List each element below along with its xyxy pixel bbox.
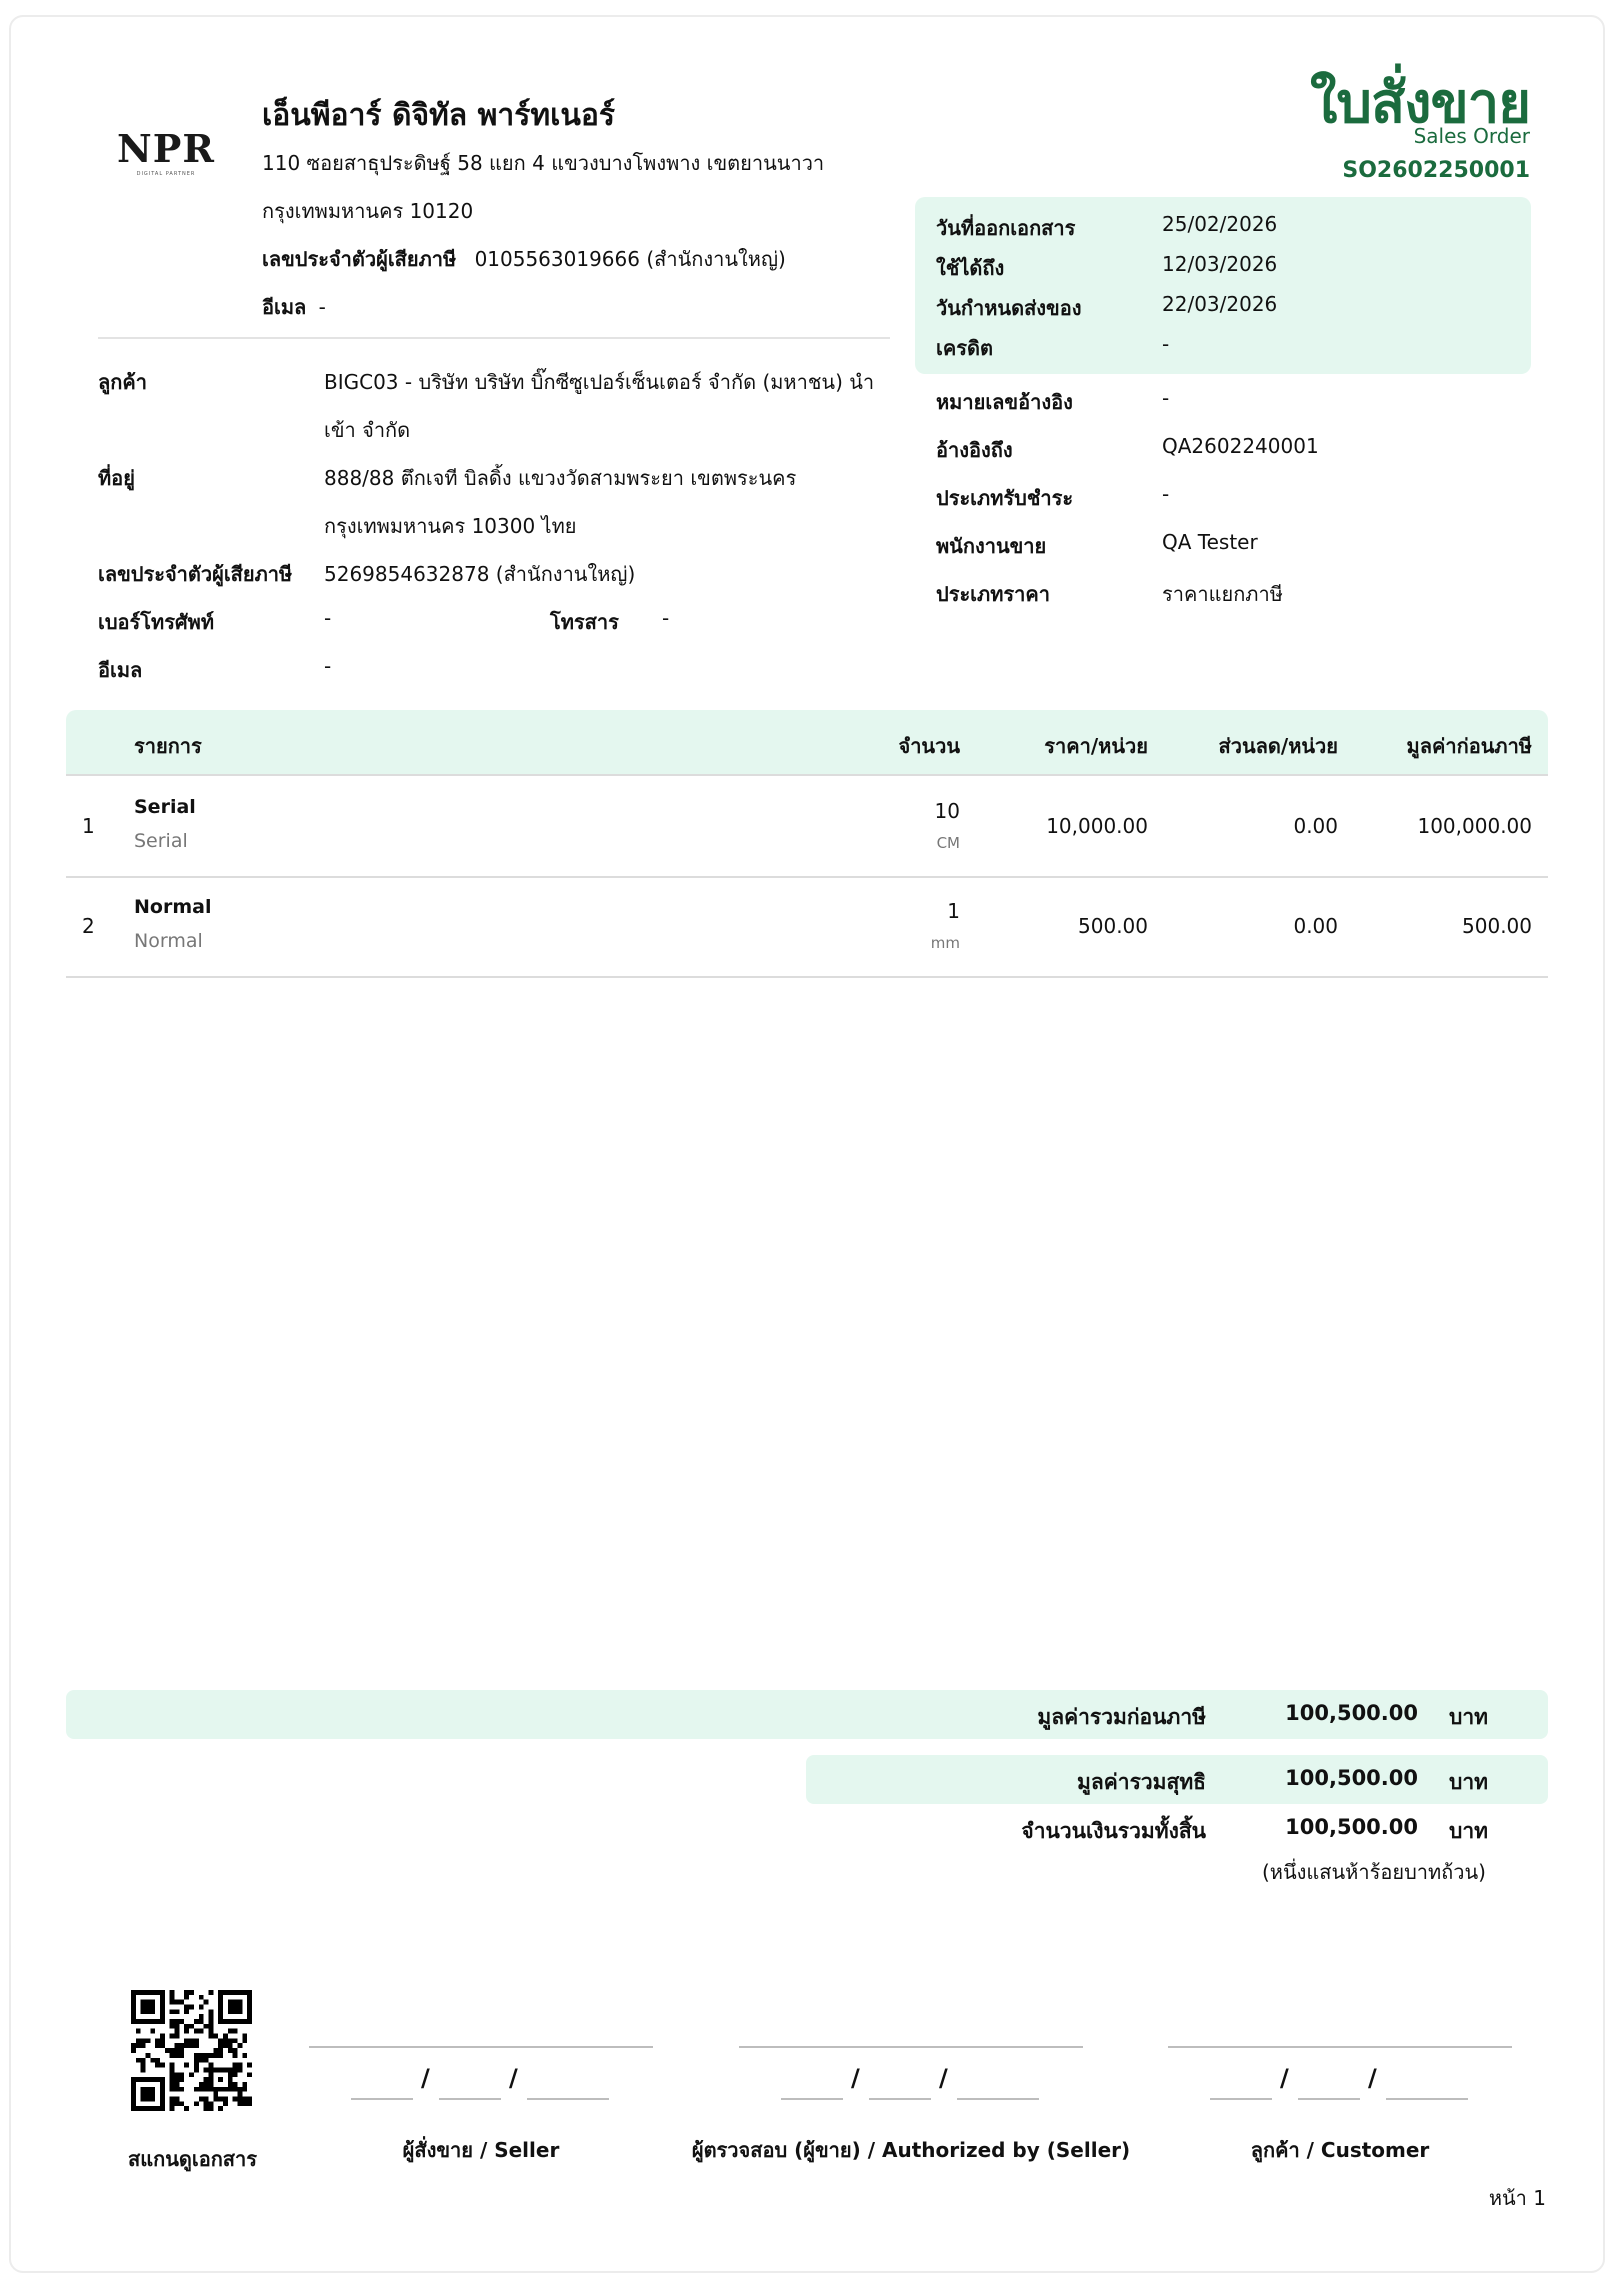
logo-mark: NPR bbox=[104, 130, 228, 168]
items-table-header: รายการ จำนวน ราคา/หน่วย ส่วนลด/หน่วย มูล… bbox=[66, 710, 1548, 776]
date-month-line[interactable] bbox=[1298, 2098, 1360, 2100]
table-row: 1 Serial Serial 10 CM 10,000.00 0.00 100… bbox=[66, 778, 1548, 878]
item-name: Normal bbox=[134, 896, 211, 918]
subtotal-currency: บาท bbox=[1449, 1701, 1488, 1734]
item-discount: 0.00 bbox=[1293, 814, 1338, 838]
item-name: Serial bbox=[134, 796, 196, 818]
date-day-line[interactable] bbox=[781, 2098, 843, 2100]
item-unit: mm bbox=[931, 934, 960, 952]
date-separator: / bbox=[851, 2064, 860, 2092]
customer-address-label: ที่อยู่ bbox=[98, 462, 135, 494]
item-description: Serial bbox=[134, 830, 188, 852]
customer-email-value: - bbox=[324, 654, 331, 678]
meta-label: พนักงานขาย bbox=[936, 530, 1046, 562]
subtotal-label: มูลค่ารวมก่อนภาษี bbox=[1037, 1701, 1206, 1734]
meta-label: เครดิต bbox=[936, 332, 993, 364]
date-month-line[interactable] bbox=[439, 2098, 501, 2100]
grand-total-label: จำนวนเงินรวมทั้งสิ้น bbox=[1021, 1815, 1206, 1848]
net-total-currency: บาท bbox=[1449, 1766, 1488, 1799]
item-amount: 100,000.00 bbox=[1417, 814, 1532, 838]
row-number: 2 bbox=[82, 914, 95, 938]
date-separator: / bbox=[1368, 2064, 1377, 2092]
item-qty: 10 bbox=[935, 799, 960, 823]
customer-fax-value: - bbox=[662, 606, 669, 630]
date-year-line[interactable] bbox=[957, 2098, 1039, 2100]
customer-address-line1: 888/88 ตึกเจที บิลดิ้ง แขวงวัดสามพระยา เ… bbox=[324, 462, 796, 494]
company-email-label: อีเมล bbox=[262, 295, 306, 319]
row-number: 1 bbox=[82, 814, 95, 838]
company-tax-id: เลขประจำตัวผู้เสียภาษี 0105563019666 (สำ… bbox=[262, 243, 786, 275]
meta-label: วันที่ออกเอกสาร bbox=[936, 212, 1075, 244]
signature-line[interactable] bbox=[1168, 2046, 1512, 2048]
logo-subtext: DIGITAL PARTNER bbox=[104, 171, 228, 177]
grand-total-currency: บาท bbox=[1449, 1815, 1488, 1848]
date-day-line[interactable] bbox=[1210, 2098, 1272, 2100]
item-unit: CM bbox=[937, 834, 960, 852]
meta-value: - bbox=[1162, 482, 1169, 506]
meta-value: - bbox=[1162, 386, 1169, 410]
company-name: เอ็นพีอาร์ ดิจิทัล พาร์ทเนอร์ bbox=[262, 92, 615, 139]
meta-value: QA Tester bbox=[1162, 530, 1258, 554]
date-day-line[interactable] bbox=[351, 2098, 413, 2100]
col-discount: ส่วนลด/หน่วย bbox=[1219, 730, 1338, 762]
company-address-line2: กรุงเทพมหานคร 10120 bbox=[262, 195, 473, 227]
company-email: อีเมล - bbox=[262, 291, 326, 323]
customer-address-line2: กรุงเทพมหานคร 10300 ไทย bbox=[324, 510, 577, 542]
company-logo: NPR DIGITAL PARTNER bbox=[104, 130, 228, 177]
customer-tax-id-label: เลขประจำตัวผู้เสียภาษี bbox=[98, 558, 292, 590]
meta-value: 12/03/2026 bbox=[1162, 252, 1277, 276]
customer-name-line1: BIGC03 - บริษัท บริษัท บิ๊กซีซูเปอร์เซ็น… bbox=[324, 366, 874, 398]
meta-value: - bbox=[1162, 332, 1169, 356]
meta-label: อ้างอิงถึง bbox=[936, 434, 1013, 466]
net-total-label: มูลค่ารวมสุทธิ bbox=[1077, 1766, 1206, 1799]
date-month-line[interactable] bbox=[869, 2098, 931, 2100]
company-email-value: - bbox=[319, 295, 326, 319]
meta-label: วันกำหนดส่งของ bbox=[936, 292, 1082, 324]
col-qty: จำนวน bbox=[898, 730, 960, 762]
meta-label: ประเภทรับชำระ bbox=[936, 482, 1073, 514]
meta-label: หมายเลขอ้างอิง bbox=[936, 386, 1073, 418]
document-subtitle: Sales Order bbox=[1414, 124, 1530, 148]
item-description: Normal bbox=[134, 930, 203, 952]
date-separator: / bbox=[939, 2064, 948, 2092]
net-total-value: 100,500.00 bbox=[1285, 1766, 1418, 1790]
subtotal-value: 100,500.00 bbox=[1285, 1701, 1418, 1725]
company-address-line1: 110 ซอยสาธุประดิษฐ์ 58 แยก 4 แขวงบางโพงพ… bbox=[262, 147, 824, 179]
date-year-line[interactable] bbox=[1386, 2098, 1468, 2100]
meta-label: ประเภทราคา bbox=[936, 578, 1050, 610]
col-amount: มูลค่าก่อนภาษี bbox=[1407, 730, 1532, 762]
date-separator: / bbox=[509, 2064, 518, 2092]
customer-phone-value: - bbox=[324, 606, 331, 630]
date-separator: / bbox=[421, 2064, 430, 2092]
col-unit-price: ราคา/หน่วย bbox=[1044, 730, 1148, 762]
customer-email-label: อีเมล bbox=[98, 654, 142, 686]
meta-label: ใช้ได้ถึง bbox=[936, 252, 1004, 284]
date-year-line[interactable] bbox=[527, 2098, 609, 2100]
item-unit-price: 500.00 bbox=[1078, 914, 1148, 938]
document-qr-code[interactable] bbox=[131, 1990, 252, 2111]
customer-tax-id-value: 5269854632878 (สำนักงานใหญ่) bbox=[324, 558, 635, 590]
meta-value: QA2602240001 bbox=[1162, 434, 1319, 458]
customer-signature-label: ลูกค้า / Customer bbox=[1068, 2134, 1612, 2166]
meta-value: ราคาแยกภาษี bbox=[1162, 578, 1283, 610]
signature-line[interactable] bbox=[309, 2046, 653, 2048]
item-amount: 500.00 bbox=[1462, 914, 1532, 938]
signature-line[interactable] bbox=[739, 2046, 1083, 2048]
item-qty: 1 bbox=[947, 899, 960, 923]
table-row: 2 Normal Normal 1 mm 500.00 0.00 500.00 bbox=[66, 878, 1548, 978]
company-tax-id-value: 0105563019666 (สำนักงานใหญ่) bbox=[475, 247, 786, 271]
customer-phone-label: เบอร์โทรศัพท์ bbox=[98, 606, 214, 638]
customer-label: ลูกค้า bbox=[98, 366, 147, 398]
item-discount: 0.00 bbox=[1293, 914, 1338, 938]
amount-in-words: (หนึ่งแสนห้าร้อยบาทถ้วน) bbox=[1262, 1856, 1486, 1888]
meta-value: 25/02/2026 bbox=[1162, 212, 1277, 236]
meta-value: 22/03/2026 bbox=[1162, 292, 1277, 316]
page-number: หน้า 1 bbox=[1489, 2182, 1546, 2214]
document-number: SO2602250001 bbox=[1342, 158, 1530, 183]
company-tax-id-label: เลขประจำตัวผู้เสียภาษี bbox=[262, 247, 456, 271]
customer-name-line2: เข้า จำกัด bbox=[324, 414, 410, 446]
item-unit-price: 10,000.00 bbox=[1046, 814, 1148, 838]
company-divider bbox=[98, 337, 890, 339]
col-item: รายการ bbox=[134, 730, 202, 762]
customer-fax-label: โทรสาร bbox=[550, 606, 619, 638]
date-separator: / bbox=[1280, 2064, 1289, 2092]
grand-total-value: 100,500.00 bbox=[1285, 1815, 1418, 1839]
